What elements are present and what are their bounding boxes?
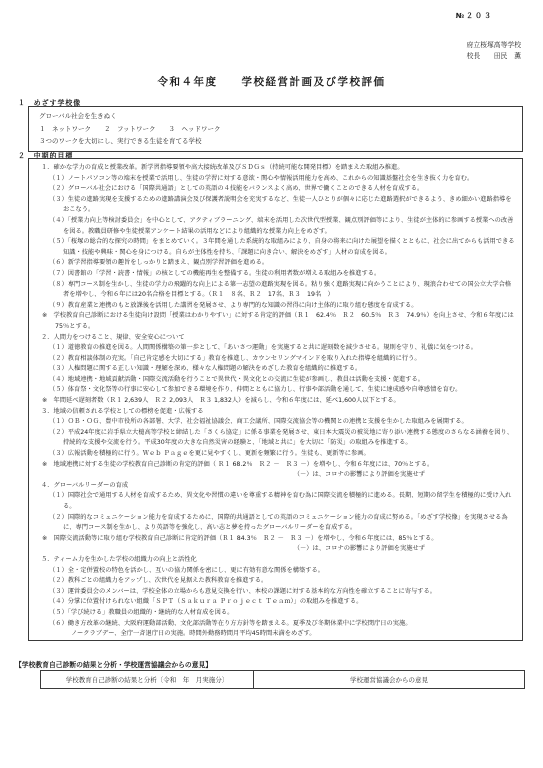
goal-subitem: （１）道徳教育の推進を図る。人間関係構築の第一歩として、「あいさつ運動」を実施す… [33,343,517,354]
goal-subitem: （１）国際社会で通用する人材を育成するため、異文化や習慣の違いを尊重する精神を育… [33,491,517,512]
goal-kpi-note: ※ 年間延べ遅刻者数（Ｒ１ 2,639人 Ｒ２ 2,093人 Ｒ３ 1,832人… [33,396,517,407]
goal-continuation-line: ノークラブデー、全庁一斉退庁日の実施。時間外勤務時間月平均45時間未満をめざす。 [33,629,517,640]
document-page: №２０３ 府立桜塚高等学校 校長 田民 薫 令和４年度 学校経営計画及び学校評価… [0,0,543,768]
goal-subitem: （７）図書館の「学習・読書・情報」の核としての機能再生を整備する。生徒の利用者数… [33,269,517,280]
goal-subitem: （２）教科ごとの組織力をアップし、次世代を見据えた教科教育を推進する。 [33,576,517,587]
diagnosis-opinion-table: 学校教育自己診断の結果と分析〔令和 年 月実施分〕 学校運営協議会からの意見 [40,670,525,689]
goal-subitem: （１）全・定併置校の特色を活かし、互いの協力関係を密にし、更に有効有意な関係を構… [33,566,517,577]
goal-subitem: （８）専門コース制を生かし、生徒の学力の飛躍的な向上による第一志望の進路実現を図… [33,280,517,301]
goal-subitem: （４）分掌に位置付けられない組織「ＳＰＴ（Ｓａｋｕｒａ Ｐｒｏｊｅｃｔ Ｔｅａｍ… [33,597,517,608]
goal-subitem: （６）働き方改革の継続、大阪府運動部活動、文化部活動等在り方方針等を踏まえる。夏… [33,619,517,630]
page-title: 令和４年度 学校経営計画及び学校評価 [0,74,543,89]
goal-subitem: （２）平成24年度に岩手県立大槌高等学校と締結した「さくら協定」に係る事業を発展… [33,428,517,449]
goal-group-heading: ５．ティーム力を生かした学校の組織力の向上と活性化 [33,555,517,566]
goal-kpi-note: ※ 国際交流活動等に取り組む学校教育自己診断に肯定的評価（Ｒ１ 84.3％ Ｒ２… [33,534,517,545]
school-name: 府立桜塚高等学校 [467,40,521,51]
table-row: 学校教育自己診断の結果と分析〔令和 年 月実施分〕 学校運営協議会からの意見 [41,671,525,689]
goal-subitem: （２）教育相談体制の充実。「自己肯定感を大切にする」教育を推進し、カウンセリング… [33,354,517,365]
goal-group-heading: １．確かな学力の育成と授業改革。新学習指導要領や高大接続改革及びＳＤＧｓ（持続可… [33,163,517,174]
goal-group-heading: ４．グローバルリーダーの育成 [33,481,517,492]
vision-line: グローバル社会を生きぬく [39,110,516,123]
vision-line: １ ネットワーク ２ フットワーク ３ ヘッドワーク [39,123,516,136]
council-opinion-cell: 学校運営協議会からの意見 [254,671,525,689]
vision-line: ３つのワークを大切にし、実行できる生徒を育てる学校 [39,135,516,148]
footer-section-heading: 【学校教育自己診断の結果と分析・学校運営協議会からの意見】 [15,659,212,669]
goal-subitem: （３）運営委員会のメンバーは、学校全体の立場からも意見交換を行い、本校の課題に対… [33,587,517,598]
goal-group-heading: ３．地域の信頼される学校としての標榜を促進・広報する [33,407,517,418]
covid-exemption-note: （－）は、コロナの影響により評価を実施せず [33,544,517,555]
goal-subitem: （３）広報活動を積極的に行う。Ｗｅｂ Ｐａｇｅを更に見やすくし、更新を頻繁に行う… [33,449,517,460]
goal-kpi-note: ※ 学校教育自己診断における生徒向け設問「授業はわかりやすい」に対する肯定的評価… [33,311,517,332]
goal-subitem: （１）ＯＢ・ＯＧ、豊中市役所の各部署、大学、社会福祉協議会、商工会議所、国際交流… [33,417,517,428]
goal-subitem: （５）「学び続ける」教職員の組織的・継続的な人材育成を図る。 [33,608,517,619]
diagnosis-result-cell: 学校教育自己診断の結果と分析〔令和 年 月実施分〕 [41,671,254,689]
goal-subitem: （２）国際的なコミュニケーション能力を育成するために、国際的共通語としての英語の… [33,513,517,534]
goal-subitem: （４）「授業力向上等検討委員会」を中心として、アクティブラーニング、端末を活用し… [33,216,517,237]
midterm-goals-box: １．確かな学力の育成と授業改革。新学習指導要領や高大接続改革及びＳＤＧｓ（持続可… [28,158,523,641]
goal-subitem: （１）ノートパソコン等の端末を授業で活用し、生徒の学習に対する意欲・関心や情報活… [33,174,517,185]
covid-exemption-note: （－）は、コロナの影響により評価を実施せず [33,470,517,481]
goal-kpi-note: ※ 地域連携に対する生徒の学校教育自己診断の肯定的評価（ Ｒ１ 68.2％ Ｒ２… [33,460,517,471]
school-vision-box: グローバル社会を生きぬく１ ネットワーク ２ フットワーク ３ ヘッドワーク３つ… [28,106,523,152]
goal-subitem: （４）地域連携・地域貢献活動・国際交流活動を行うことで異世代・異文化との交流に生… [33,375,517,386]
goal-subitem: （３）人権問題に関する正しい知識・理解を深め、様々な人権問題の解決をめざした教育… [33,364,517,375]
goal-subitem: （２）グローバル社会における「国際共通語」としての英語の４技能をバランスよく高め… [33,184,517,195]
goal-subitem: （５）「桜塚の総合的な探究の時間」をまとめていく。３年間を通した系統的な取組みに… [33,237,517,258]
goal-group-heading: ２．人間力をつけること、規律、安全安心について [33,333,517,344]
goal-subitem: （３）生徒の進路実現を支援するための進路講演会及び保護者説明会を充実するなど、生… [33,195,517,216]
school-signature-block: 府立桜塚高等学校 校長 田民 薫 [467,40,521,62]
goal-subitem: （６）新学習指導要領の趣旨をしっかりと踏まえ、観点別学習評価を進める。 [33,258,517,269]
goal-subitem: （５）体育祭・文化祭等の行事に安心して参加できる環境を作り、仲間とともに協力し、… [33,385,517,396]
principal-name-line: 校長 田民 薫 [467,51,521,62]
document-number: №２０３ [456,11,493,21]
goal-subitem: （９）教育産業と連携のもと放課後を活用した講習を発展させ、より専門的な知識の習得… [33,301,517,312]
